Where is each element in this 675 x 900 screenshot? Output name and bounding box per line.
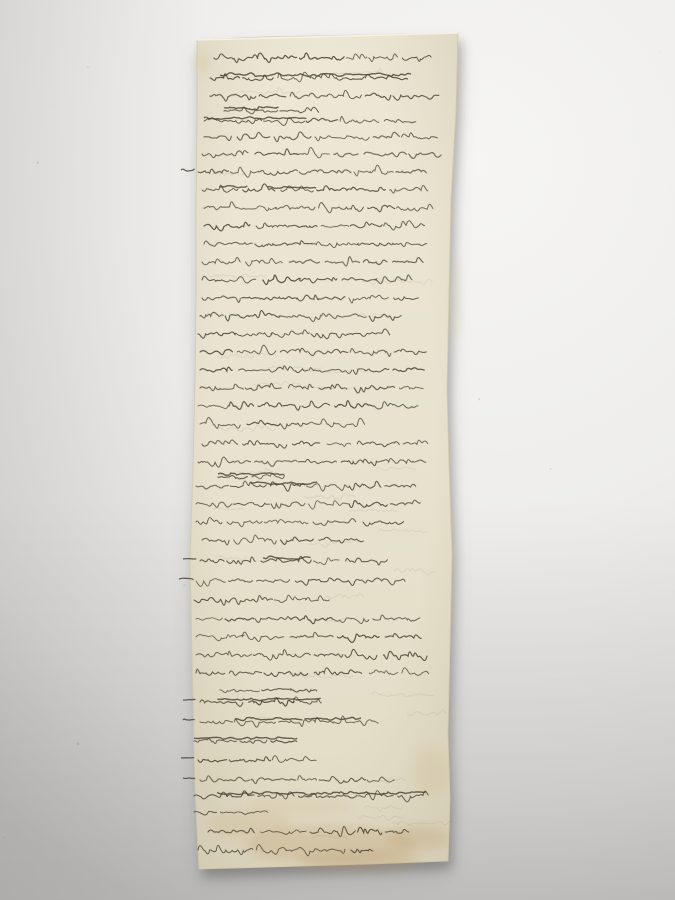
paper-stain bbox=[245, 796, 355, 816]
paper-stain bbox=[300, 851, 420, 869]
dialogue-dash bbox=[181, 169, 195, 171]
manuscript-photo-svg bbox=[0, 0, 675, 900]
manuscript-photo bbox=[0, 0, 675, 900]
dialogue-dash bbox=[183, 719, 195, 720]
paper-stain bbox=[388, 826, 448, 850]
paper-stain bbox=[208, 812, 292, 838]
paper-stain bbox=[196, 51, 210, 73]
paper-stain bbox=[412, 746, 448, 798]
dialogue-dash bbox=[183, 778, 195, 779]
paper-vignette bbox=[190, 33, 458, 869]
paper-stain bbox=[450, 258, 460, 342]
dialogue-dash bbox=[183, 699, 196, 700]
